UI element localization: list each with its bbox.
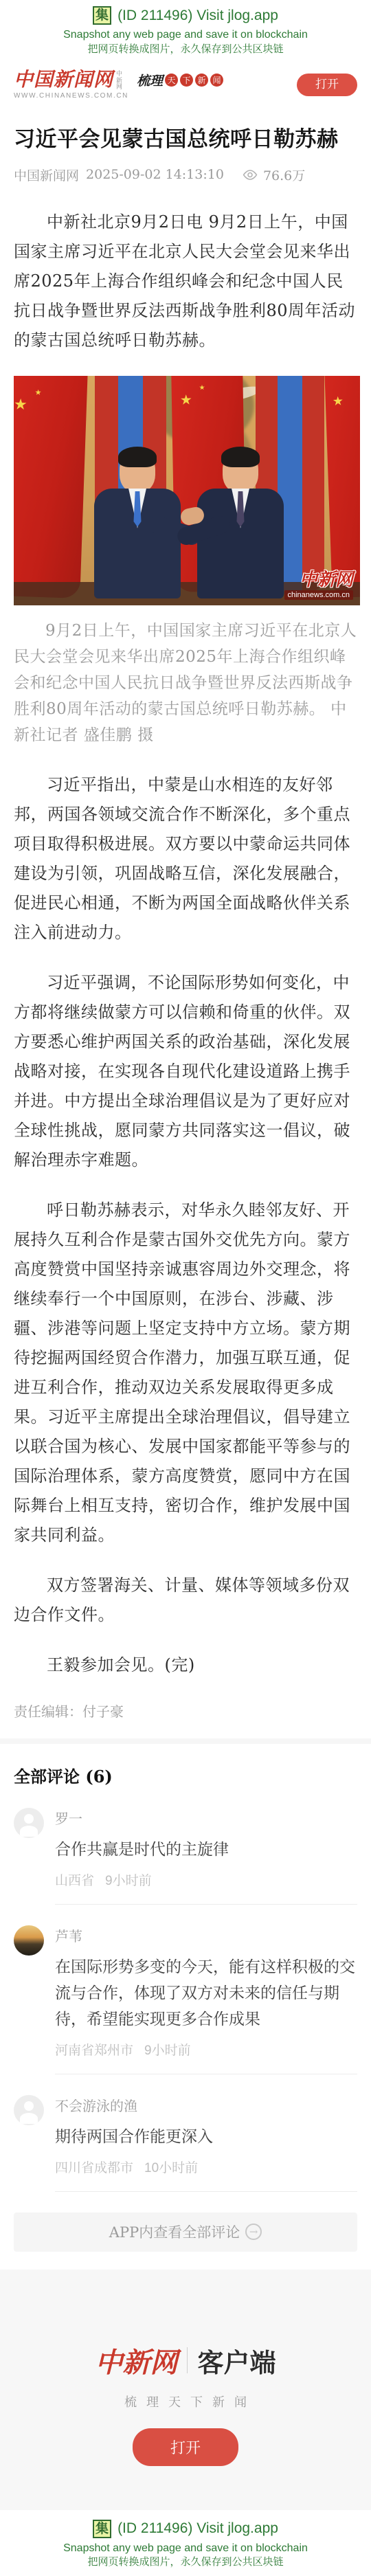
article-paragraph: 中新社北京9月2日电 9月2日上午，中国国家主席习近平在北京人民大会堂会见来华出… — [14, 208, 357, 355]
footer-slogan: 梳理天下新闻 — [115, 2393, 256, 2410]
comment-item: 芦苇 在国际形势多变的今天，能有这样积极的交流与合作，体现了双方对未来的信任与期… — [14, 1925, 357, 2074]
article-title: 习近平会见蒙古国总统呼日勒苏赫 — [14, 124, 357, 154]
jlog-logo-icon: 集 — [93, 2520, 111, 2538]
jlog-subtitle-zh: 把网页转换成图片，永久保存到公共区块链 — [0, 43, 371, 56]
slogan-prefix: 梳理 — [137, 71, 163, 89]
article-source: 中国新闻网 — [14, 166, 79, 184]
slogan-badge: 天 — [165, 74, 178, 87]
article-paragraph: 习近平强调，不论国际形势如何变化，中方都将继续做蒙方可以信赖和倚重的伙伴。双方要… — [14, 968, 357, 1175]
slogan-badge: 闻 — [210, 74, 223, 87]
jlog-link[interactable]: (ID 211496) Visit jlog.app — [117, 2520, 278, 2537]
eye-icon — [242, 169, 258, 181]
logo-wordmark: 中国新闻网 — [14, 69, 113, 89]
comment-meta: 山西省9小时前 — [55, 1870, 357, 1889]
view-all-comments-label: APP内查看全部评论 — [109, 2221, 240, 2242]
app-download-footer: 中新网 客户端 梳理天下新闻 打开 — [0, 2270, 371, 2510]
jlog-link[interactable]: (ID 211496) Visit jlog.app — [117, 8, 278, 24]
chinanews-logo: 中国新闻网 中 新 网 WWW.CHINANEWS.COM.CN — [14, 69, 128, 100]
avatar — [14, 2095, 44, 2125]
jlog-subtitle-en: Snapshot any web page and save it on blo… — [0, 2541, 371, 2556]
open-app-button-header[interactable]: 打开 — [297, 74, 357, 96]
header-slogan: 梳理 天 下 新 闻 — [137, 71, 223, 89]
footer-logo: 中新网 客户端 — [95, 2341, 276, 2380]
comment-meta: 河南省郑州市9小时前 — [55, 2040, 357, 2059]
slogan-badge: 下 — [180, 74, 193, 87]
slogan-badge: 新 — [195, 74, 208, 87]
article-photo: ★ ★ ★ ★ ★ — [14, 376, 360, 605]
avatar — [14, 1925, 44, 1956]
jlog-banner-bottom: 集 (ID 211496) Visit jlog.app Snapshot an… — [0, 2510, 371, 2576]
comment-author: 不会游泳的渔 — [55, 2095, 357, 2115]
comments-section: 全部评论 (6) 罗一 合作共赢是时代的主旋律 山西省9小时前 芦苇 在国际形势… — [0, 1744, 371, 2252]
mongolian-president-figure — [93, 450, 182, 598]
photo-watermark: 中新网 chinanews.com.cn — [284, 571, 354, 600]
article-datetime: 2025-09-02 14:13:10 — [86, 167, 224, 182]
china-flag: ★ — [324, 376, 360, 598]
jlog-subtitle-en: Snapshot any web page and save it on blo… — [0, 27, 371, 43]
comments-title: 全部评论 (6) — [14, 1763, 357, 1787]
arrow-circle-icon: → — [245, 2224, 262, 2240]
section-divider — [0, 1738, 371, 1744]
jlog-banner-top: 集 (ID 211496) Visit jlog.app Snapshot an… — [0, 0, 371, 63]
footer-logo-divider — [187, 2347, 188, 2373]
comment-meta: 四川省成都市10小时前 — [55, 2158, 357, 2176]
article-paragraph: 王毅参加会见。(完) — [14, 1650, 357, 1680]
comment-item: 罗一 合作共赢是时代的主旋律 山西省9小时前 — [14, 1808, 357, 1905]
avatar — [14, 1808, 44, 1838]
article-meta: 中国新闻网 2025-09-02 14:13:10 76.6万 — [14, 166, 357, 184]
comment-author: 罗一 — [55, 1808, 357, 1828]
view-all-comments-button[interactable]: APP内查看全部评论 → — [14, 2213, 357, 2252]
editor-credit: 责任编辑：付子豪 — [14, 1701, 357, 1721]
jlog-subtitle-zh: 把网页转换成图片，永久保存到公共区块链 — [0, 2555, 371, 2569]
footer-logo-wordmark: 中新网 — [95, 2341, 177, 2380]
photo-caption: 9月2日上午，中国国家主席习近平在北京人民大会堂会见来华出席2025年上海合作组… — [14, 618, 357, 748]
article-paragraph: 呼日勒苏赫表示，对华永久睦邻友好、开展持久互利合作是蒙古国外交优先方向。蒙方高度… — [14, 1196, 357, 1550]
comment-item: 不会游泳的渔 期待两国合作能更深入 四川省成都市10小时前 — [14, 2095, 357, 2192]
logo-url: WWW.CHINANEWS.COM.CN — [14, 92, 128, 100]
footer-logo-client: 客户端 — [197, 2342, 276, 2379]
comment-text: 期待两国合作能更深入 — [55, 2123, 357, 2149]
comment-author: 芦苇 — [55, 1925, 357, 1945]
logo-seal: 中 新 网 — [116, 69, 122, 90]
president-xi-figure — [196, 450, 285, 598]
jlog-logo-icon: 集 — [93, 6, 111, 25]
view-count: 76.6万 — [242, 166, 305, 184]
comment-text: 在国际形势多变的今天，能有这样积极的交流与合作，体现了双方对未来的信任与期待，希… — [55, 1953, 357, 2032]
article-paragraph: 双方签署海关、计量、媒体等领域多份双边合作文件。 — [14, 1571, 357, 1630]
open-app-button-footer[interactable]: 打开 — [133, 2428, 238, 2466]
comment-text: 合作共赢是时代的主旋律 — [55, 1836, 357, 1862]
article-paragraph: 习近平指出，中蒙是山水相连的友好邻邦，两国各领域交流合作不断深化，多个重点项目取… — [14, 770, 357, 948]
site-header: 中国新闻网 中 新 网 WWW.CHINANEWS.COM.CN 梳理 天 下 … — [0, 63, 371, 109]
article: 习近平会见蒙古国总统呼日勒苏赫 中国新闻网 2025-09-02 14:13:1… — [0, 124, 371, 1720]
view-count-value: 76.6万 — [263, 166, 305, 184]
china-flag: ★ ★ — [14, 376, 88, 598]
